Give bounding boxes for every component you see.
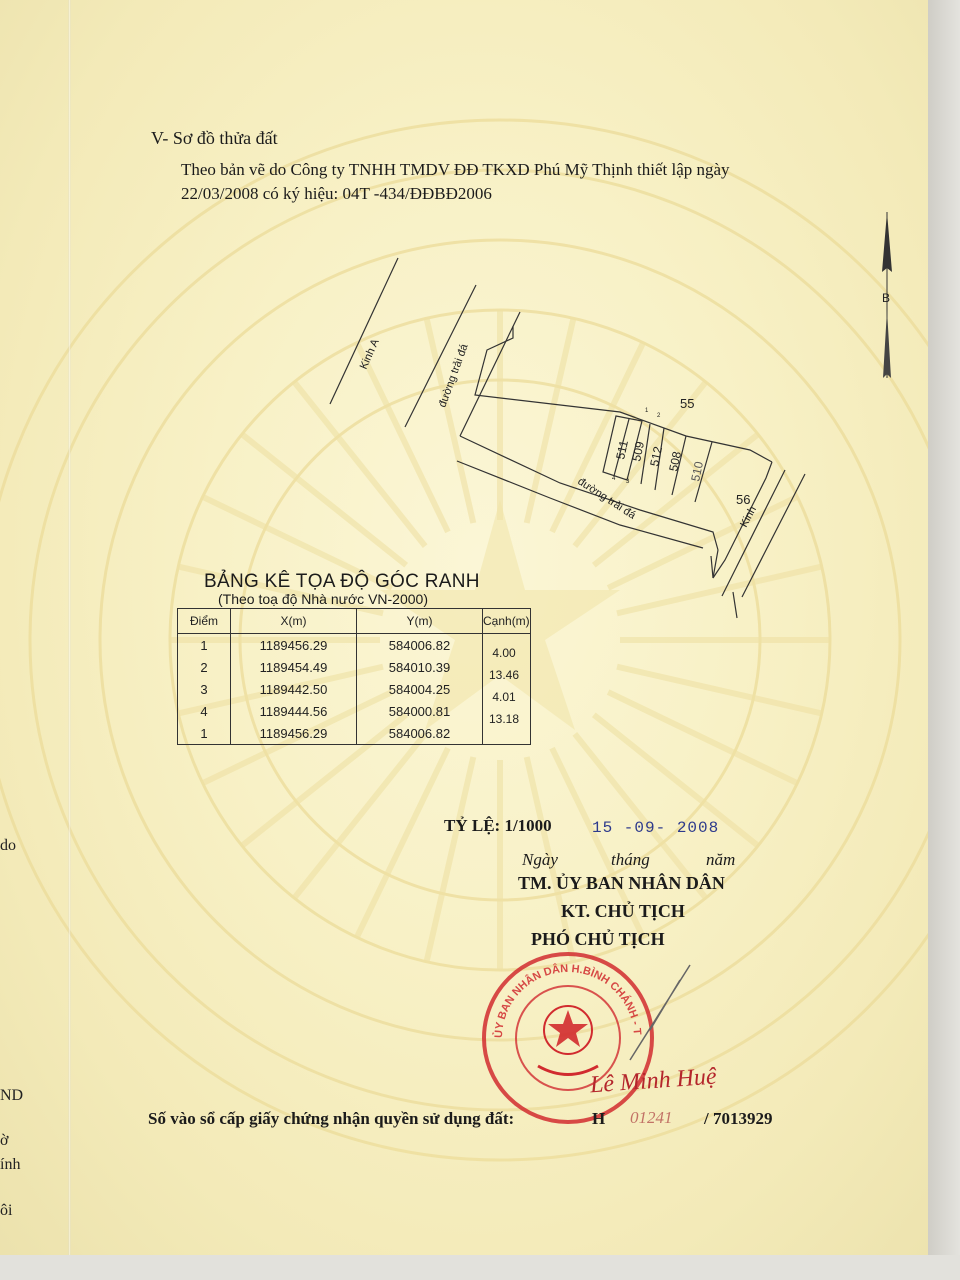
table-row: 41189444.56584000.81 13.18	[178, 700, 531, 722]
registration-prefix: H	[592, 1109, 605, 1129]
parcel-510: 510	[688, 460, 706, 483]
date-word-month: tháng	[611, 850, 650, 870]
coordinate-table: Điểm X(m) Y(m) Cạnh(m) 11189456.29584006…	[177, 608, 531, 745]
north-arrow-icon: B	[882, 212, 892, 378]
left-page-fragment: do	[0, 837, 16, 855]
coord-table-subtitle: (Theo toạ độ Nhà nước VN-2000)	[218, 591, 428, 607]
label-parcel-55: 55	[680, 396, 694, 411]
left-page-fragment: ính	[0, 1156, 20, 1174]
parcel-511: 511	[613, 439, 631, 461]
registration-label: Số vào sổ cấp giấy chứng nhận quyền sử d…	[148, 1109, 514, 1129]
table-header: Điểm X(m) Y(m) Cạnh(m)	[178, 609, 531, 634]
parcel-508: 508	[666, 450, 684, 473]
label-gravel-road-1: đường trải đá	[437, 342, 471, 409]
date-word-day: Ngày	[522, 850, 558, 870]
parcel-512: 512	[647, 445, 665, 468]
left-page-fragment: ND	[0, 1087, 23, 1105]
left-page-fragment: ờ	[0, 1132, 8, 1150]
table-row: 11189456.29584006.82	[178, 722, 531, 745]
label-canal-a: Kinh A	[358, 337, 382, 372]
table-row: 21189454.49584010.39 13.46	[178, 656, 531, 678]
corner-point-3: 3	[626, 479, 630, 485]
corner-point-1: 1	[645, 408, 649, 414]
registration-number: / 7013929	[704, 1109, 772, 1129]
label-parcel-56: 56	[736, 492, 750, 507]
corner-point-4: 4	[612, 476, 616, 482]
signature-strokes	[610, 960, 700, 1070]
left-page-fragment: ôi	[0, 1202, 12, 1220]
table-row: 11189456.29584006.82 4.00	[178, 634, 531, 657]
date-stamp: 15 -09- 2008	[592, 819, 719, 837]
date-word-year: năm	[706, 850, 735, 870]
label-canal: Kinh	[738, 504, 759, 529]
signatory-line3: PHÓ CHỦ TỊCH	[531, 929, 665, 950]
corner-point-2: 2	[657, 413, 661, 419]
coord-table-title: BẢNG KÊ TỌA ĐỘ GÓC RANH	[204, 571, 480, 593]
signatory-line1: TM. ỦY BAN NHÂN DÂN	[518, 873, 725, 894]
table-row: 31189442.50584004.25 4.01	[178, 678, 531, 700]
svg-text:B: B	[882, 291, 890, 305]
signatory-line2: KT. CHỦ TỊCH	[561, 901, 685, 922]
map-scale: TỶ LỆ: 1/1000	[444, 816, 552, 836]
registration-handwritten-code: 01241	[630, 1108, 673, 1128]
